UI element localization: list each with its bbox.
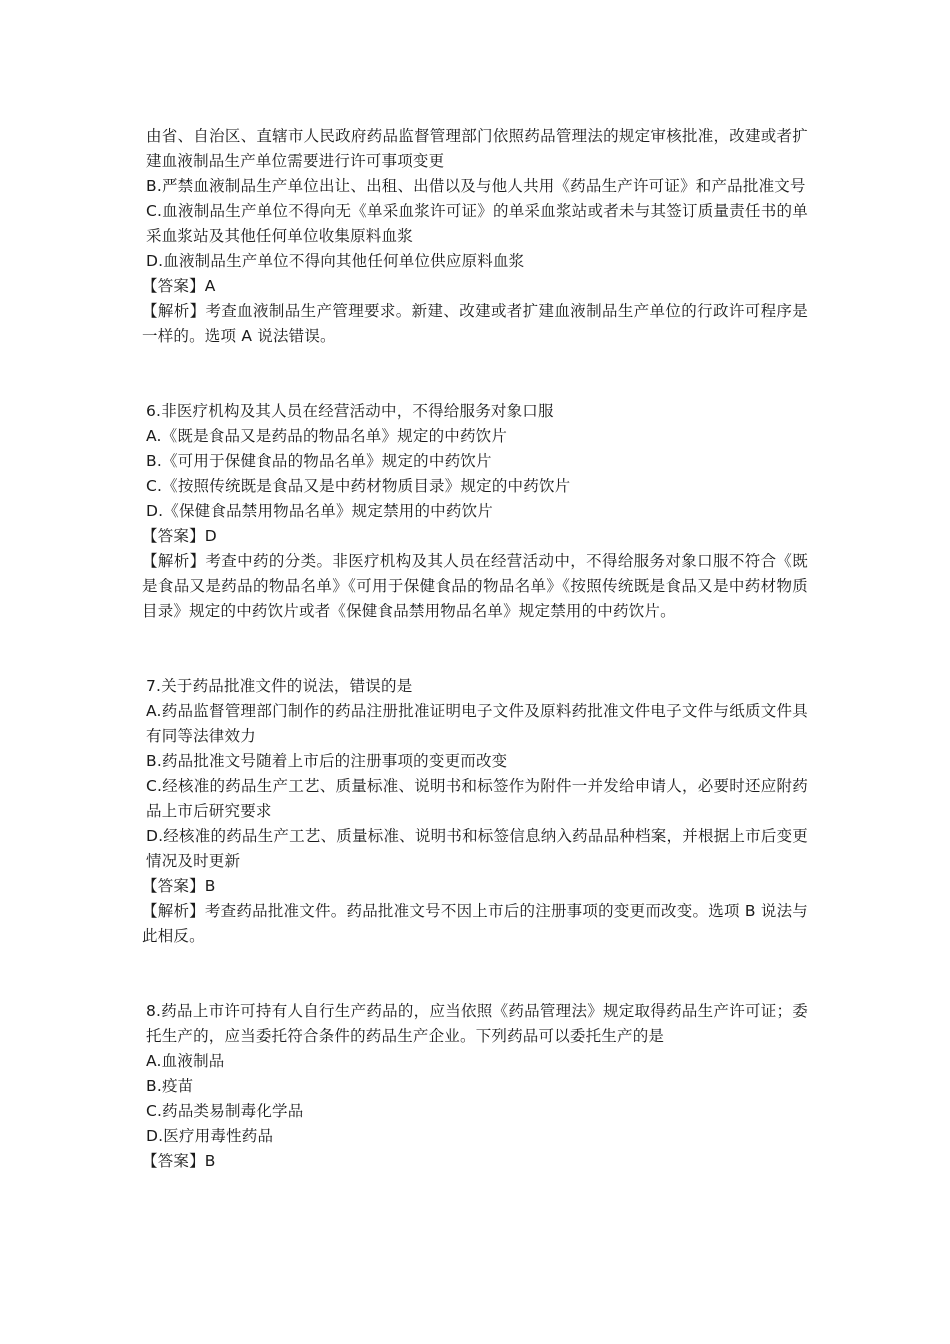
option-d: D.血液制品生产单位不得向其他任何单位供应原料血浆 bbox=[146, 249, 808, 274]
option-text: 医疗用毒性药品 bbox=[163, 1127, 273, 1145]
option-text: 血液制品 bbox=[162, 1052, 225, 1070]
option-b: B.药品批准文号随着上市后的注册事项的变更而改变 bbox=[146, 749, 808, 774]
option-text: 《保健食品禁用物品名单》规定禁用的中药饮片 bbox=[163, 502, 493, 520]
question-6: 6.非医疗机构及其人员在经营活动中，不得给服务对象口服 A.《既是食品又是药品的… bbox=[146, 399, 808, 624]
option-a: A.《既是食品又是药品的物品名单》规定的中药饮片 bbox=[146, 424, 808, 449]
option-b: B.《可用于保健食品的物品名单》规定的中药饮片 bbox=[146, 449, 808, 474]
option-text: 《按照传统既是食品又是中药材物质目录》规定的中药饮片 bbox=[162, 477, 570, 495]
option-c: C.《按照传统既是食品又是中药材物质目录》规定的中药饮片 bbox=[146, 474, 808, 499]
option-text: 疫苗 bbox=[162, 1077, 193, 1095]
option-label: D. bbox=[146, 502, 163, 520]
option-label: B. bbox=[146, 177, 162, 195]
option-c: C.血液制品生产单位不得向无《单采血浆许可证》的单采血浆站或者未与其签订质量责任… bbox=[146, 199, 808, 249]
question-number: 7. bbox=[146, 677, 161, 695]
answer: 【答案】D bbox=[142, 524, 808, 549]
answer: 【答案】B bbox=[142, 1149, 808, 1174]
analysis: 【解析】考查药品批准文件。药品批准文号不因上市后的注册事项的变更而改变。选项 B… bbox=[142, 899, 808, 949]
option-label: C. bbox=[146, 777, 162, 795]
question-text: 非医疗机构及其人员在经营活动中，不得给服务对象口服 bbox=[161, 402, 554, 420]
option-text: 药品批准文号随着上市后的注册事项的变更而改变 bbox=[162, 752, 507, 770]
answer: 【答案】B bbox=[142, 874, 808, 899]
question-number: 6. bbox=[146, 402, 161, 420]
spacer bbox=[146, 949, 808, 999]
option-text: 药品类易制毒化学品 bbox=[162, 1102, 303, 1120]
option-c: C.药品类易制毒化学品 bbox=[146, 1099, 808, 1124]
option-label: C. bbox=[146, 202, 162, 220]
option-label: C. bbox=[146, 477, 162, 495]
option-text: 血液制品生产单位不得向无《单采血浆许可证》的单采血浆站或者未与其签订质量责任书的… bbox=[146, 202, 808, 245]
option-label: C. bbox=[146, 1102, 162, 1120]
option-label: D. bbox=[146, 1127, 163, 1145]
question-5-continuation: 由省、自治区、直辖市人民政府药品监督管理部门依照药品管理法的规定审核批准，改建或… bbox=[146, 124, 808, 349]
option-label: B. bbox=[146, 752, 162, 770]
option-label: A. bbox=[146, 427, 162, 445]
option-text: 《既是食品又是药品的物品名单》规定的中药饮片 bbox=[162, 427, 507, 445]
option-b: B.疫苗 bbox=[146, 1074, 808, 1099]
question-text: 关于药品批准文件的说法，错误的是 bbox=[161, 677, 412, 695]
question-stem: 6.非医疗机构及其人员在经营活动中，不得给服务对象口服 bbox=[146, 399, 808, 424]
option-a: A.血液制品 bbox=[146, 1049, 808, 1074]
option-text: 经核准的药品生产工艺、质量标准、说明书和标签信息纳入药品品种档案，并根据上市后变… bbox=[146, 827, 808, 870]
option-label: B. bbox=[146, 452, 162, 470]
option-label: B. bbox=[146, 1077, 162, 1095]
question-stem: 8.药品上市许可持有人自行生产药品的，应当依照《药品管理法》规定取得药品生产许可… bbox=[146, 999, 808, 1049]
option-text: 药品监督管理部门制作的药品注册批准证明电子文件及原料药批准文件电子文件与纸质文件… bbox=[146, 702, 808, 745]
option-text: 血液制品生产单位不得向其他任何单位供应原料血浆 bbox=[163, 252, 524, 270]
option-label: D. bbox=[146, 827, 163, 845]
option-label: D. bbox=[146, 252, 163, 270]
option-d: D.《保健食品禁用物品名单》规定禁用的中药饮片 bbox=[146, 499, 808, 524]
option-a-continuation: 由省、自治区、直辖市人民政府药品监督管理部门依照药品管理法的规定审核批准，改建或… bbox=[146, 124, 808, 174]
document-page: 由省、自治区、直辖市人民政府药品监督管理部门依照药品管理法的规定审核批准，改建或… bbox=[146, 124, 808, 1174]
option-text: 严禁血液制品生产单位出让、出租、出借以及与他人共用《药品生产许可证》和产品批准文… bbox=[162, 177, 806, 195]
option-d: D.经核准的药品生产工艺、质量标准、说明书和标签信息纳入药品品种档案，并根据上市… bbox=[146, 824, 808, 874]
spacer bbox=[146, 624, 808, 674]
option-d: D.医疗用毒性药品 bbox=[146, 1124, 808, 1149]
option-b: B.严禁血液制品生产单位出让、出租、出借以及与他人共用《药品生产许可证》和产品批… bbox=[146, 174, 808, 199]
question-8: 8.药品上市许可持有人自行生产药品的，应当依照《药品管理法》规定取得药品生产许可… bbox=[146, 999, 808, 1174]
answer: 【答案】A bbox=[142, 274, 808, 299]
option-text: 《可用于保健食品的物品名单》规定的中药饮片 bbox=[162, 452, 492, 470]
question-7: 7.关于药品批准文件的说法，错误的是 A.药品监督管理部门制作的药品注册批准证明… bbox=[146, 674, 808, 949]
option-a: A.药品监督管理部门制作的药品注册批准证明电子文件及原料药批准文件电子文件与纸质… bbox=[146, 699, 808, 749]
option-text: 经核准的药品生产工艺、质量标准、说明书和标签作为附件一并发给申请人，必要时还应附… bbox=[146, 777, 808, 820]
option-c: C.经核准的药品生产工艺、质量标准、说明书和标签作为附件一并发给申请人，必要时还… bbox=[146, 774, 808, 824]
option-label: A. bbox=[146, 1052, 162, 1070]
question-text: 药品上市许可持有人自行生产药品的，应当依照《药品管理法》规定取得药品生产许可证；… bbox=[146, 1002, 808, 1045]
spacer bbox=[146, 349, 808, 399]
analysis: 【解析】考查血液制品生产管理要求。新建、改建或者扩建血液制品生产单位的行政许可程… bbox=[142, 299, 808, 349]
option-label: A. bbox=[146, 702, 162, 720]
analysis: 【解析】考查中药的分类。非医疗机构及其人员在经营活动中，不得给服务对象口服不符合… bbox=[142, 549, 808, 624]
question-number: 8. bbox=[146, 1002, 161, 1020]
question-stem: 7.关于药品批准文件的说法，错误的是 bbox=[146, 674, 808, 699]
